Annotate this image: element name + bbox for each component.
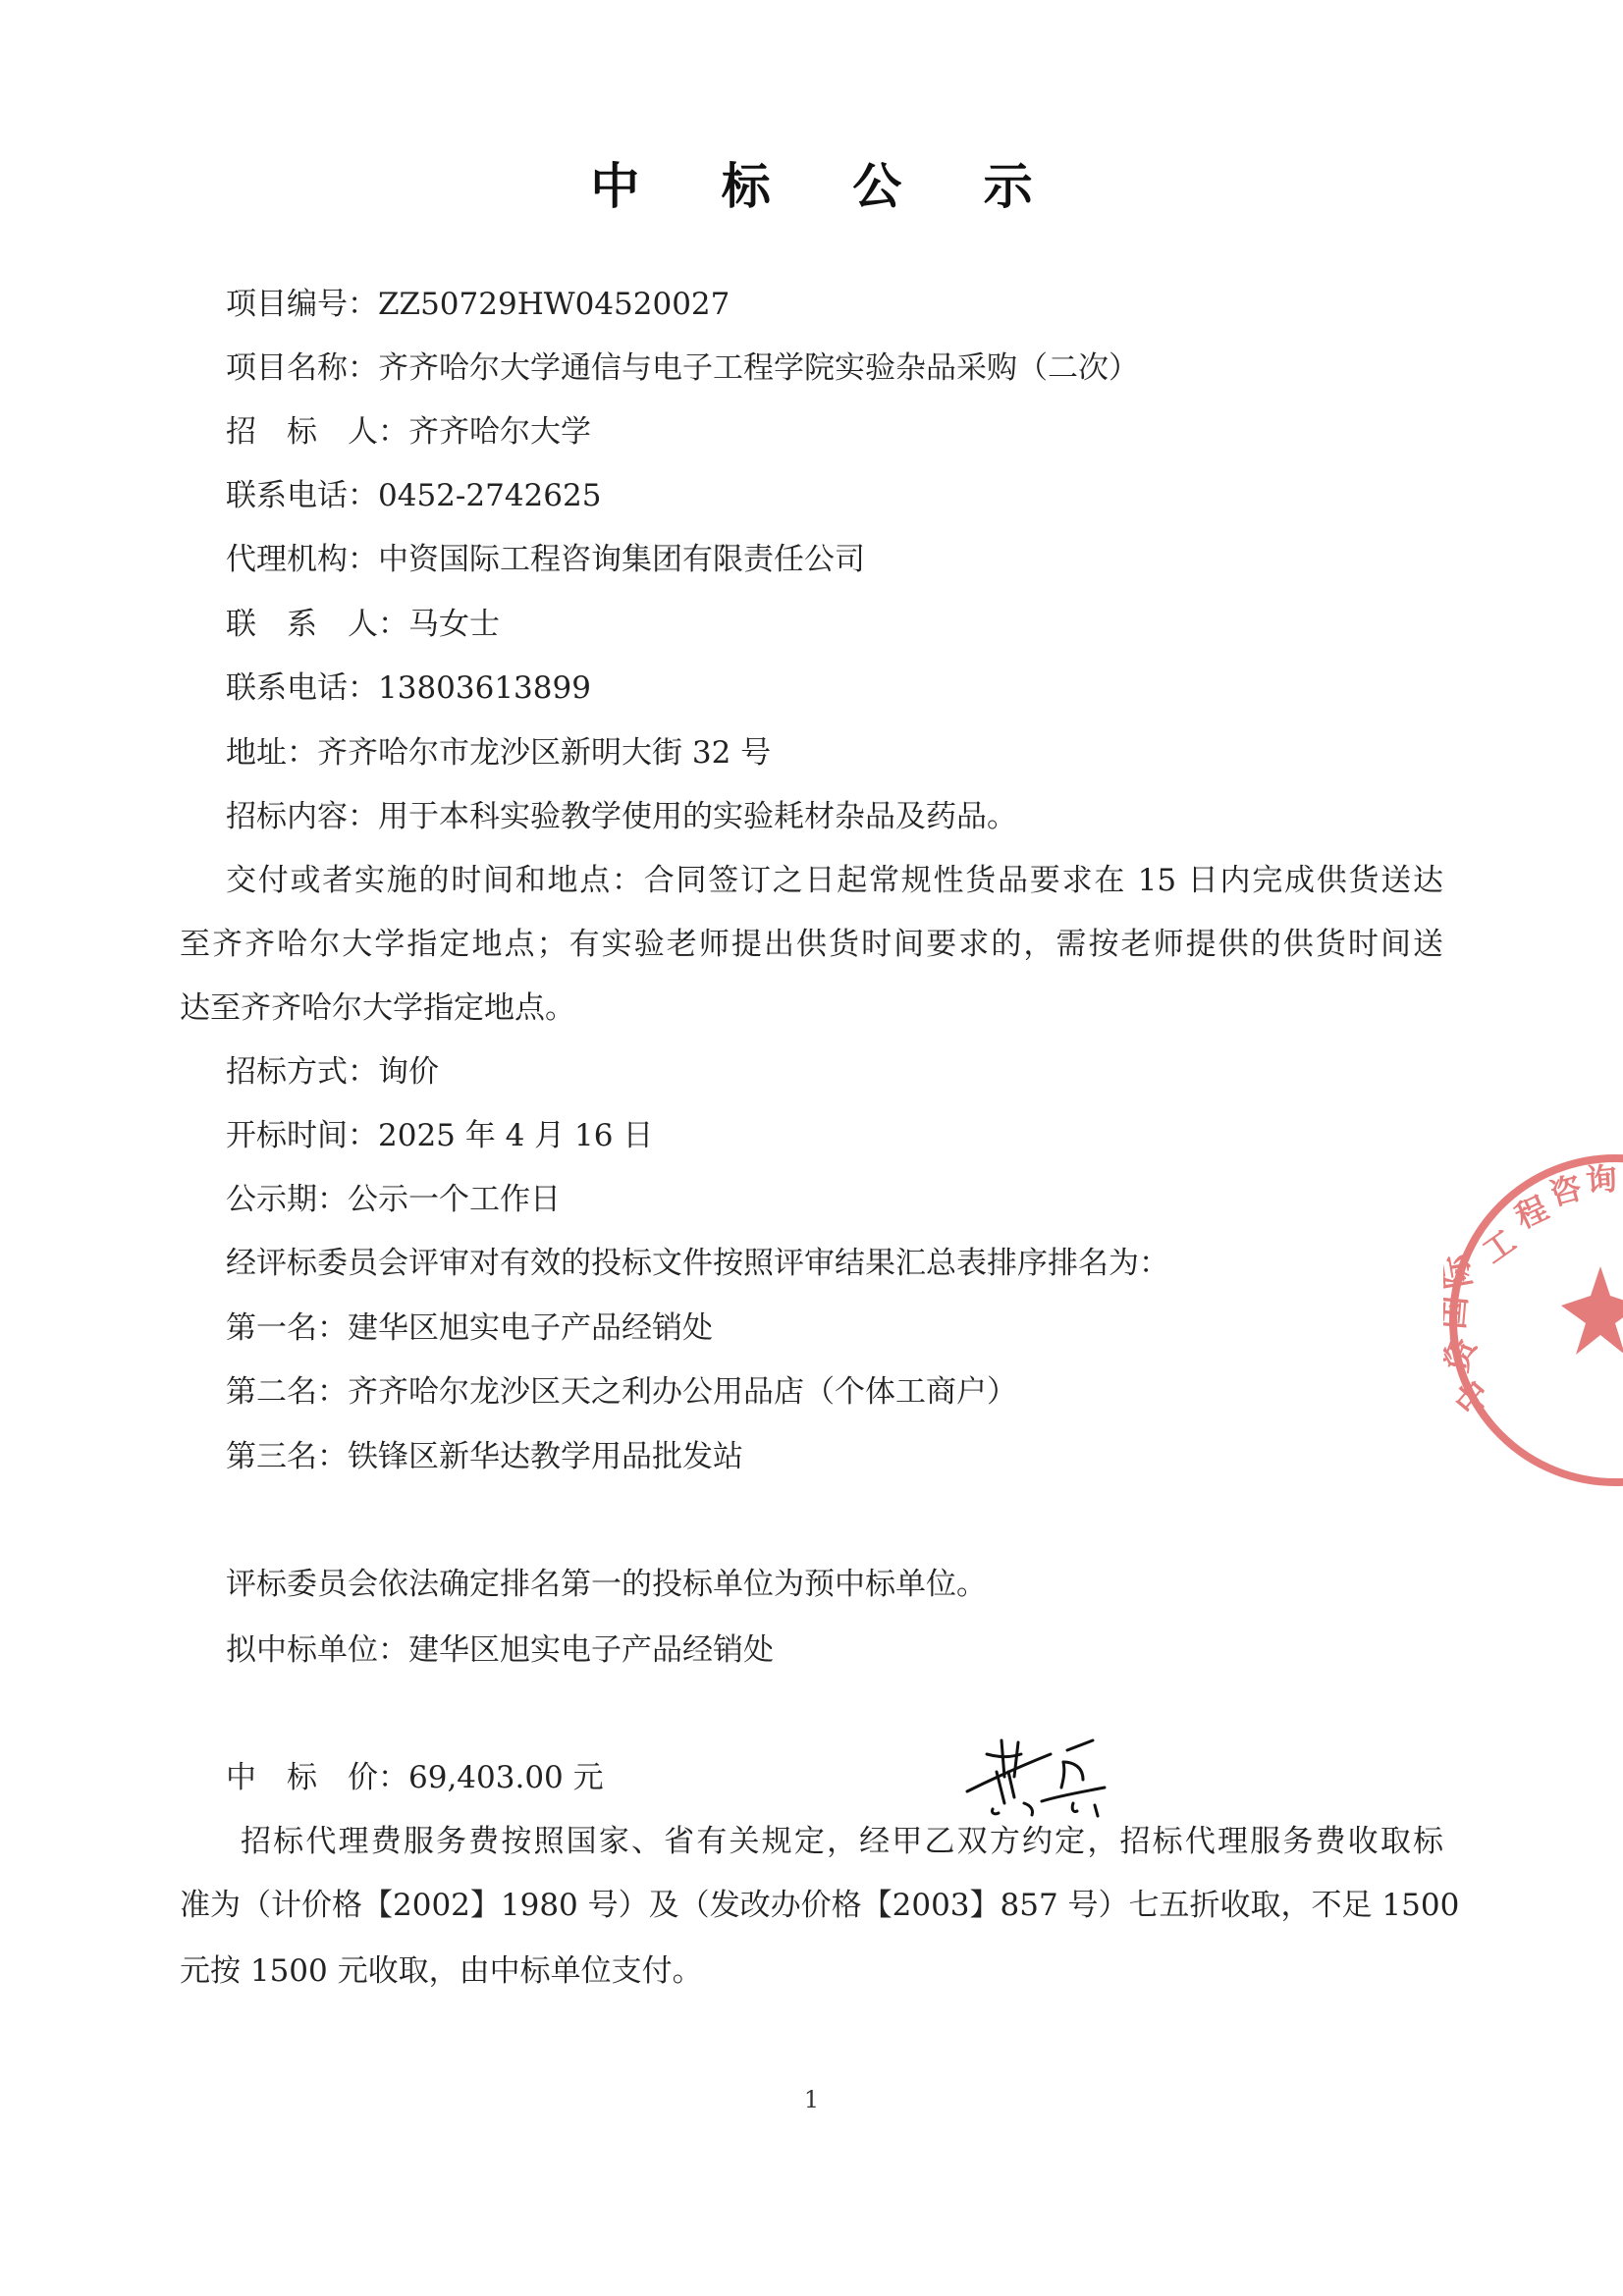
field-tenderer-phone: 联系电话：0452-2742625 (226, 476, 601, 515)
rank-name: 齐齐哈尔龙沙区天之利办公用品店（个体工商户） (348, 1374, 1017, 1410)
field-contact: 联 系 人：马女士 (226, 605, 500, 644)
svg-text:中: 中 (1447, 1373, 1498, 1424)
field-content: 招标内容：用于本科实验教学使用的实验耗材杂品及药品。 (226, 797, 1017, 836)
rank-name: 铁锋区新华达教学用品批发站 (348, 1439, 743, 1474)
ranking-item-3: 第三名：铁锋区新华达教学用品批发站 (226, 1437, 743, 1476)
field-address: 地址：齐齐哈尔市龙沙区新明大街 32 号 (226, 733, 771, 773)
page-number: 1 (0, 2086, 1623, 2113)
svg-text:询: 询 (1584, 1159, 1618, 1200)
rank-label: 第一名： (226, 1310, 348, 1346)
svg-text:资: 资 (1443, 1332, 1485, 1378)
svg-text:咨: 咨 (1545, 1169, 1586, 1213)
signature-icon (957, 1733, 1114, 1826)
field-tenderer: 招 标 人：齐齐哈尔大学 (226, 412, 591, 452)
paragraph-line: 交付或者实施的时间和地点：合同签订之日起常规性货品要求在 15 日内完成供货送达 (226, 861, 1443, 900)
ranking-intro: 经评标委员会评审对有效的投标文件按照评审结果汇总表排序排名为： (226, 1244, 1169, 1283)
field-open-time: 开标时间：2025 年 4 月 16 日 (226, 1116, 653, 1155)
company-stamp: 中 资 国 际 工 程 咨 询 (1443, 1148, 1623, 1492)
stamp-icon: 中 资 国 际 工 程 咨 询 (1443, 1148, 1623, 1492)
svg-text:国: 国 (1443, 1294, 1475, 1330)
rank-name: 建华区旭实电子产品经销处 (348, 1310, 713, 1346)
decision-statement: 评标委员会依法确定排名第一的投标单位为预中标单位。 (226, 1565, 987, 1604)
paragraph-line: 达至齐齐哈尔大学指定地点。 (180, 988, 1443, 1028)
field-method: 招标方式：询价 (226, 1052, 439, 1092)
document-title: 中 标 公 示 (0, 157, 1623, 216)
rank-label: 第三名： (226, 1439, 348, 1474)
ranking-item-2: 第二名：齐齐哈尔龙沙区天之利办公用品店（个体工商户） (226, 1372, 1017, 1412)
paragraph-line: 元按 1500 元收取，由中标单位支付。 (180, 1951, 1443, 1991)
proposed-winner: 拟中标单位：建华区旭实电子产品经销处 (226, 1630, 774, 1670)
ranking-item-1: 第一名：建华区旭实电子产品经销处 (226, 1308, 713, 1348)
field-project-no: 项目编号：ZZ50729HW04520027 (226, 285, 730, 324)
svg-text:际: 际 (1443, 1251, 1480, 1291)
field-agency: 代理机构：中资国际工程咨询集团有限责任公司 (226, 540, 865, 579)
paragraph-line: 准为（计价格【2002】1980 号）及（发改办价格【2003】857 号）七五… (180, 1886, 1443, 1925)
paragraph-line: 至齐齐哈尔大学指定地点；有实验老师提出供货时间要求的，需按老师提供的供货时间送 (180, 925, 1443, 964)
field-project-name: 项目名称：齐齐哈尔大学通信与电子工程学院实验杂品采购（二次） (226, 348, 1139, 388)
rank-label: 第二名： (226, 1374, 348, 1410)
field-notice-period: 公示期：公示一个工作日 (226, 1180, 561, 1219)
winning-price: 中 标 价：69,403.00 元 (226, 1758, 604, 1797)
field-contact-phone: 联系电话：13803613899 (226, 668, 591, 708)
paragraph-line: 招标代理费服务费按照国家、省有关规定，经甲乙双方约定，招标代理服务费收取标 (241, 1822, 1443, 1861)
signature (957, 1733, 1114, 1826)
